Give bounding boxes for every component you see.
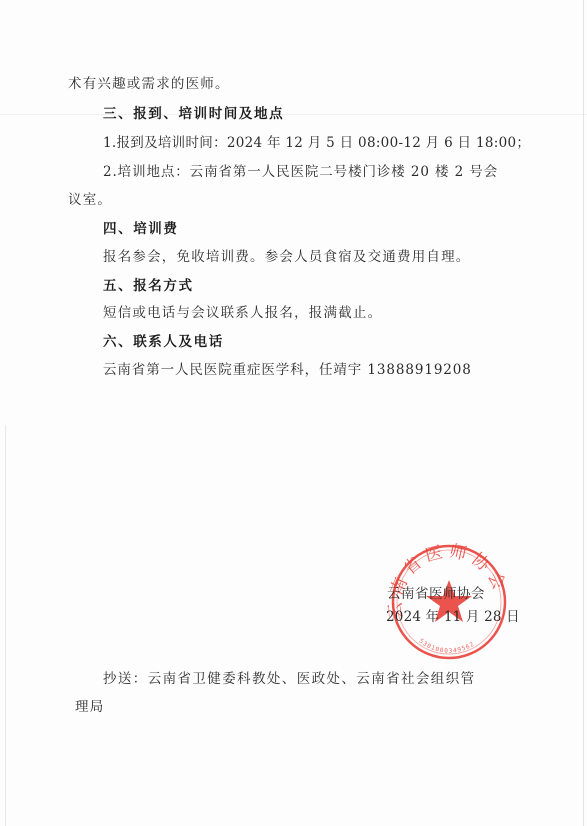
signature-date: 2024 年 11 月 28 日 bbox=[386, 607, 520, 627]
scan-fold-line bbox=[0, 114, 587, 115]
section-4-text: 报名参会，免收培训费。参会人员食宿及交通费用自理。 bbox=[103, 247, 471, 267]
section-heading-3: 三、报到、培训时间及地点 bbox=[103, 104, 284, 124]
section-heading-6: 六、联系人及电话 bbox=[103, 332, 224, 352]
document-page: 术有兴趣或需求的医师。 三、报到、培训时间及地点 1.报到及培训时间：2024 … bbox=[0, 0, 587, 826]
page-edge-left bbox=[5, 425, 6, 826]
continuation-line: 术有兴趣或需求的医师。 bbox=[68, 74, 230, 94]
cc-line-1: 抄送：云南省卫健委科教处、医政处、云南省社会组织管 bbox=[103, 669, 476, 689]
section-5-text: 短信或电话与会议联系人报名，报满截止。 bbox=[103, 303, 382, 323]
signature-organization: 云南省医师协会 bbox=[387, 584, 485, 604]
section-3-item-1: 1.报到及培训时间：2024 年 12 月 5 日 08:00-12 月 6 日… bbox=[103, 133, 530, 153]
section-3-item-2-cont: 议室。 bbox=[68, 190, 112, 210]
section-heading-4: 四、培训费 bbox=[103, 219, 179, 239]
section-3-item-2: 2.培训地点：云南省第一人民医院二号楼门诊楼 20 楼 2 号会 bbox=[103, 162, 498, 182]
page-edge-right bbox=[583, 0, 584, 826]
cc-line-2: 理局 bbox=[75, 697, 104, 717]
section-6-text: 云南省第一人民医院重症医学科，任靖宇 13888919208 bbox=[103, 360, 472, 380]
section-heading-5: 五、报名方式 bbox=[103, 276, 194, 296]
